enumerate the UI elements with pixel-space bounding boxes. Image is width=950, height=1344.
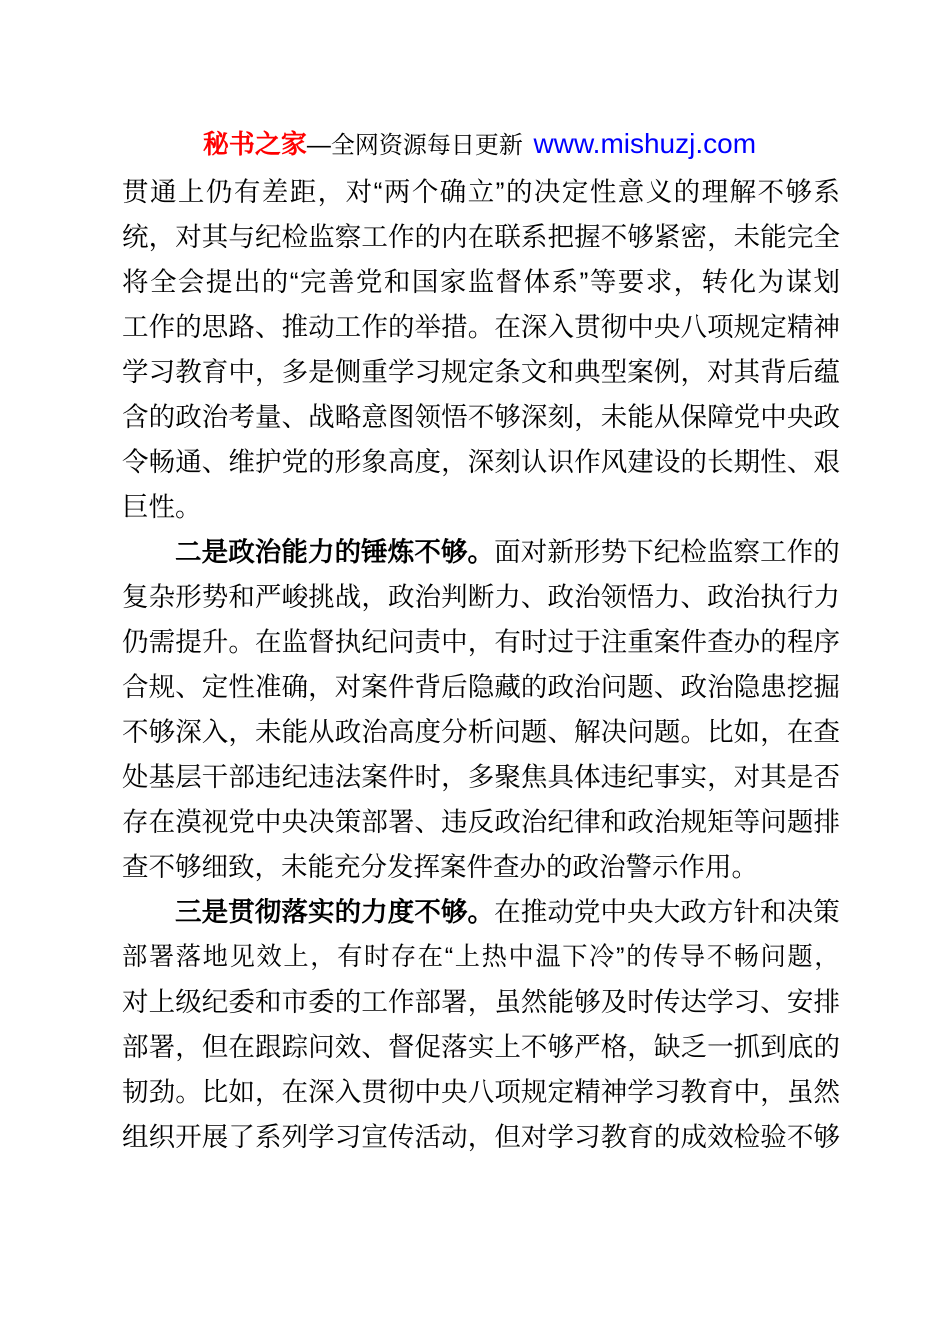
text-line: 处基层干部违纪违法案件时，多聚焦具体违纪事实，对其是否 (122, 755, 840, 800)
text-line: 将全会提出的“完善党和国家监督体系”等要求，转化为谋划 (122, 260, 840, 305)
text-line: 学习教育中，多是侧重学习规定条文和典型案例，对其背后蕴 (122, 350, 840, 395)
text-line: 令畅通、维护党的形象高度，深刻认识作风建设的长期性、艰 (122, 440, 840, 485)
site-url[interactable]: www.mishuzj.com (534, 128, 756, 159)
text-line: 组织开展了系列学习宣传活动，但对学习教育的成效检验不够 (122, 1115, 840, 1160)
text-line: 巨性。 (122, 485, 840, 530)
text-line: 贯通上仍有差距，对“两个确立”的决定性意义的理解不够系 (122, 170, 840, 215)
text-line: 复杂形势和严峻挑战，政治判断力、政治领悟力、政治执行力 (122, 575, 840, 620)
text-line: 工作的思路、推动工作的举措。在深入贯彻中央八项规定精神 (122, 305, 840, 350)
text-line: 部署落地见效上，有时存在“上热中温下冷”的传导不畅问题， (122, 935, 840, 980)
document-page: { "page": { "background": "#ffffff" }, "… (0, 0, 950, 1344)
site-name: 秘书之家 (203, 129, 307, 159)
text-line: 二是政治能力的锤炼不够。面对新形势下纪检监察工作的 (122, 530, 840, 575)
text-line: 含的政治考量、战略意图领悟不够深刻，未能从保障党中央政 (122, 395, 840, 440)
text-line: 韧劲。比如，在深入贯彻中央八项规定精神学习教育中，虽然 (122, 1070, 840, 1115)
text-line: 查不够细致，未能充分发挥案件查办的政治警示作用。 (122, 845, 840, 890)
page-header: 秘书之家—全网资源每日更新 www.mishuzj.com (0, 84, 950, 124)
text-line: 合规、定性准确，对案件背后隐藏的政治问题、政治隐患挖掘 (122, 665, 840, 710)
text-line: 不够深入，未能从政治高度分析问题、解决问题。比如，在查 (122, 710, 840, 755)
site-tagline: —全网资源每日更新 (307, 132, 530, 159)
text-line: 仍需提升。在监督执纪问责中，有时过于注重案件查办的程序 (122, 620, 840, 665)
text-line: 三是贯彻落实的力度不够。在推动党中央大政方针和决策 (122, 890, 840, 935)
text-line: 对上级纪委和市委的工作部署，虽然能够及时传达学习、安排 (122, 980, 840, 1025)
text-line: 部署，但在跟踪问效、督促落实上不够严格，缺乏一抓到底的 (122, 1025, 840, 1070)
document-body: 贯通上仍有差距，对“两个确立”的决定性意义的理解不够系统，对其与纪检监察工作的内… (122, 170, 840, 1160)
text-line: 存在漠视党中央决策部署、违反政治纪律和政治规矩等问题排 (122, 800, 840, 845)
text-line: 统，对其与纪检监察工作的内在联系把握不够紧密，未能完全 (122, 215, 840, 260)
